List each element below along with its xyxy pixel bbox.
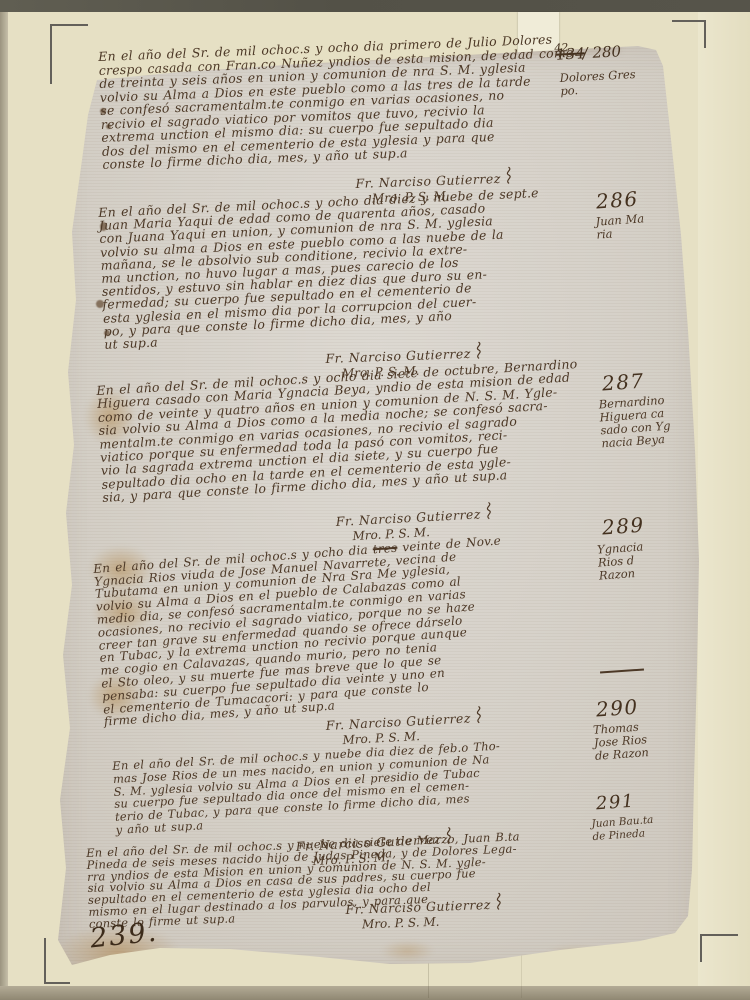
pencil-crop-mark bbox=[700, 934, 738, 936]
pencil-crop-mark bbox=[50, 24, 88, 26]
margin-number-287: 287 bbox=[601, 369, 645, 396]
signature-block: Fr. Narciso Gutierrez Mro. P. S. M. bbox=[345, 890, 507, 932]
stain bbox=[380, 940, 435, 962]
pencil-crop-mark bbox=[672, 20, 706, 22]
rubric-flourish bbox=[472, 339, 486, 361]
margin-number-289: 289 bbox=[601, 513, 645, 540]
pencil-crop-mark bbox=[44, 982, 70, 984]
backdrop-left-strip bbox=[0, 12, 8, 986]
burial-entry-289: En el año del Sr. de mil ochoc.s y ocho … bbox=[92, 513, 628, 728]
pencil-crop-mark bbox=[44, 938, 46, 984]
burial-entry-286: En el año del Sr. de mil ochoc.s y ocho … bbox=[98, 182, 639, 351]
rubric-flourish bbox=[492, 890, 506, 912]
margin-number-286: 286 bbox=[595, 187, 639, 214]
margin-name-290: Thomas Jose Rios de Razon bbox=[593, 720, 650, 763]
rubric-flourish bbox=[482, 500, 496, 523]
backdrop-bottom-strip bbox=[0, 986, 750, 1000]
stain bbox=[545, 945, 605, 963]
margin-name-289: Ygnacia Rios d Razon bbox=[597, 540, 646, 582]
burial-entry-280: En el año del Sr. de mil ochoc.s y ocho … bbox=[98, 29, 652, 172]
rubric-flourish bbox=[502, 164, 516, 186]
backdrop-top-strip bbox=[0, 0, 750, 12]
margin-name-291: Juan Bau.ta de Pineda bbox=[591, 814, 655, 844]
margin-number-290: 290 bbox=[595, 695, 639, 722]
pencil-crop-mark bbox=[704, 20, 706, 48]
folder-right-panel bbox=[698, 12, 750, 986]
margin-number-291: 291 bbox=[595, 791, 635, 815]
document-photo: 13442/ 280 En el año del Sr. de mil ocho… bbox=[0, 0, 750, 1000]
margin-name-286: Juan Ma ria bbox=[595, 212, 645, 241]
margin-name-280: Dolores Gres po. bbox=[559, 68, 636, 98]
margin-name-287: Bernardino Higuera ca sado con Yg nacia … bbox=[598, 394, 672, 451]
pencil-crop-mark bbox=[700, 934, 702, 962]
rubric-flourish bbox=[472, 704, 486, 727]
pencil-crop-mark bbox=[50, 24, 52, 84]
